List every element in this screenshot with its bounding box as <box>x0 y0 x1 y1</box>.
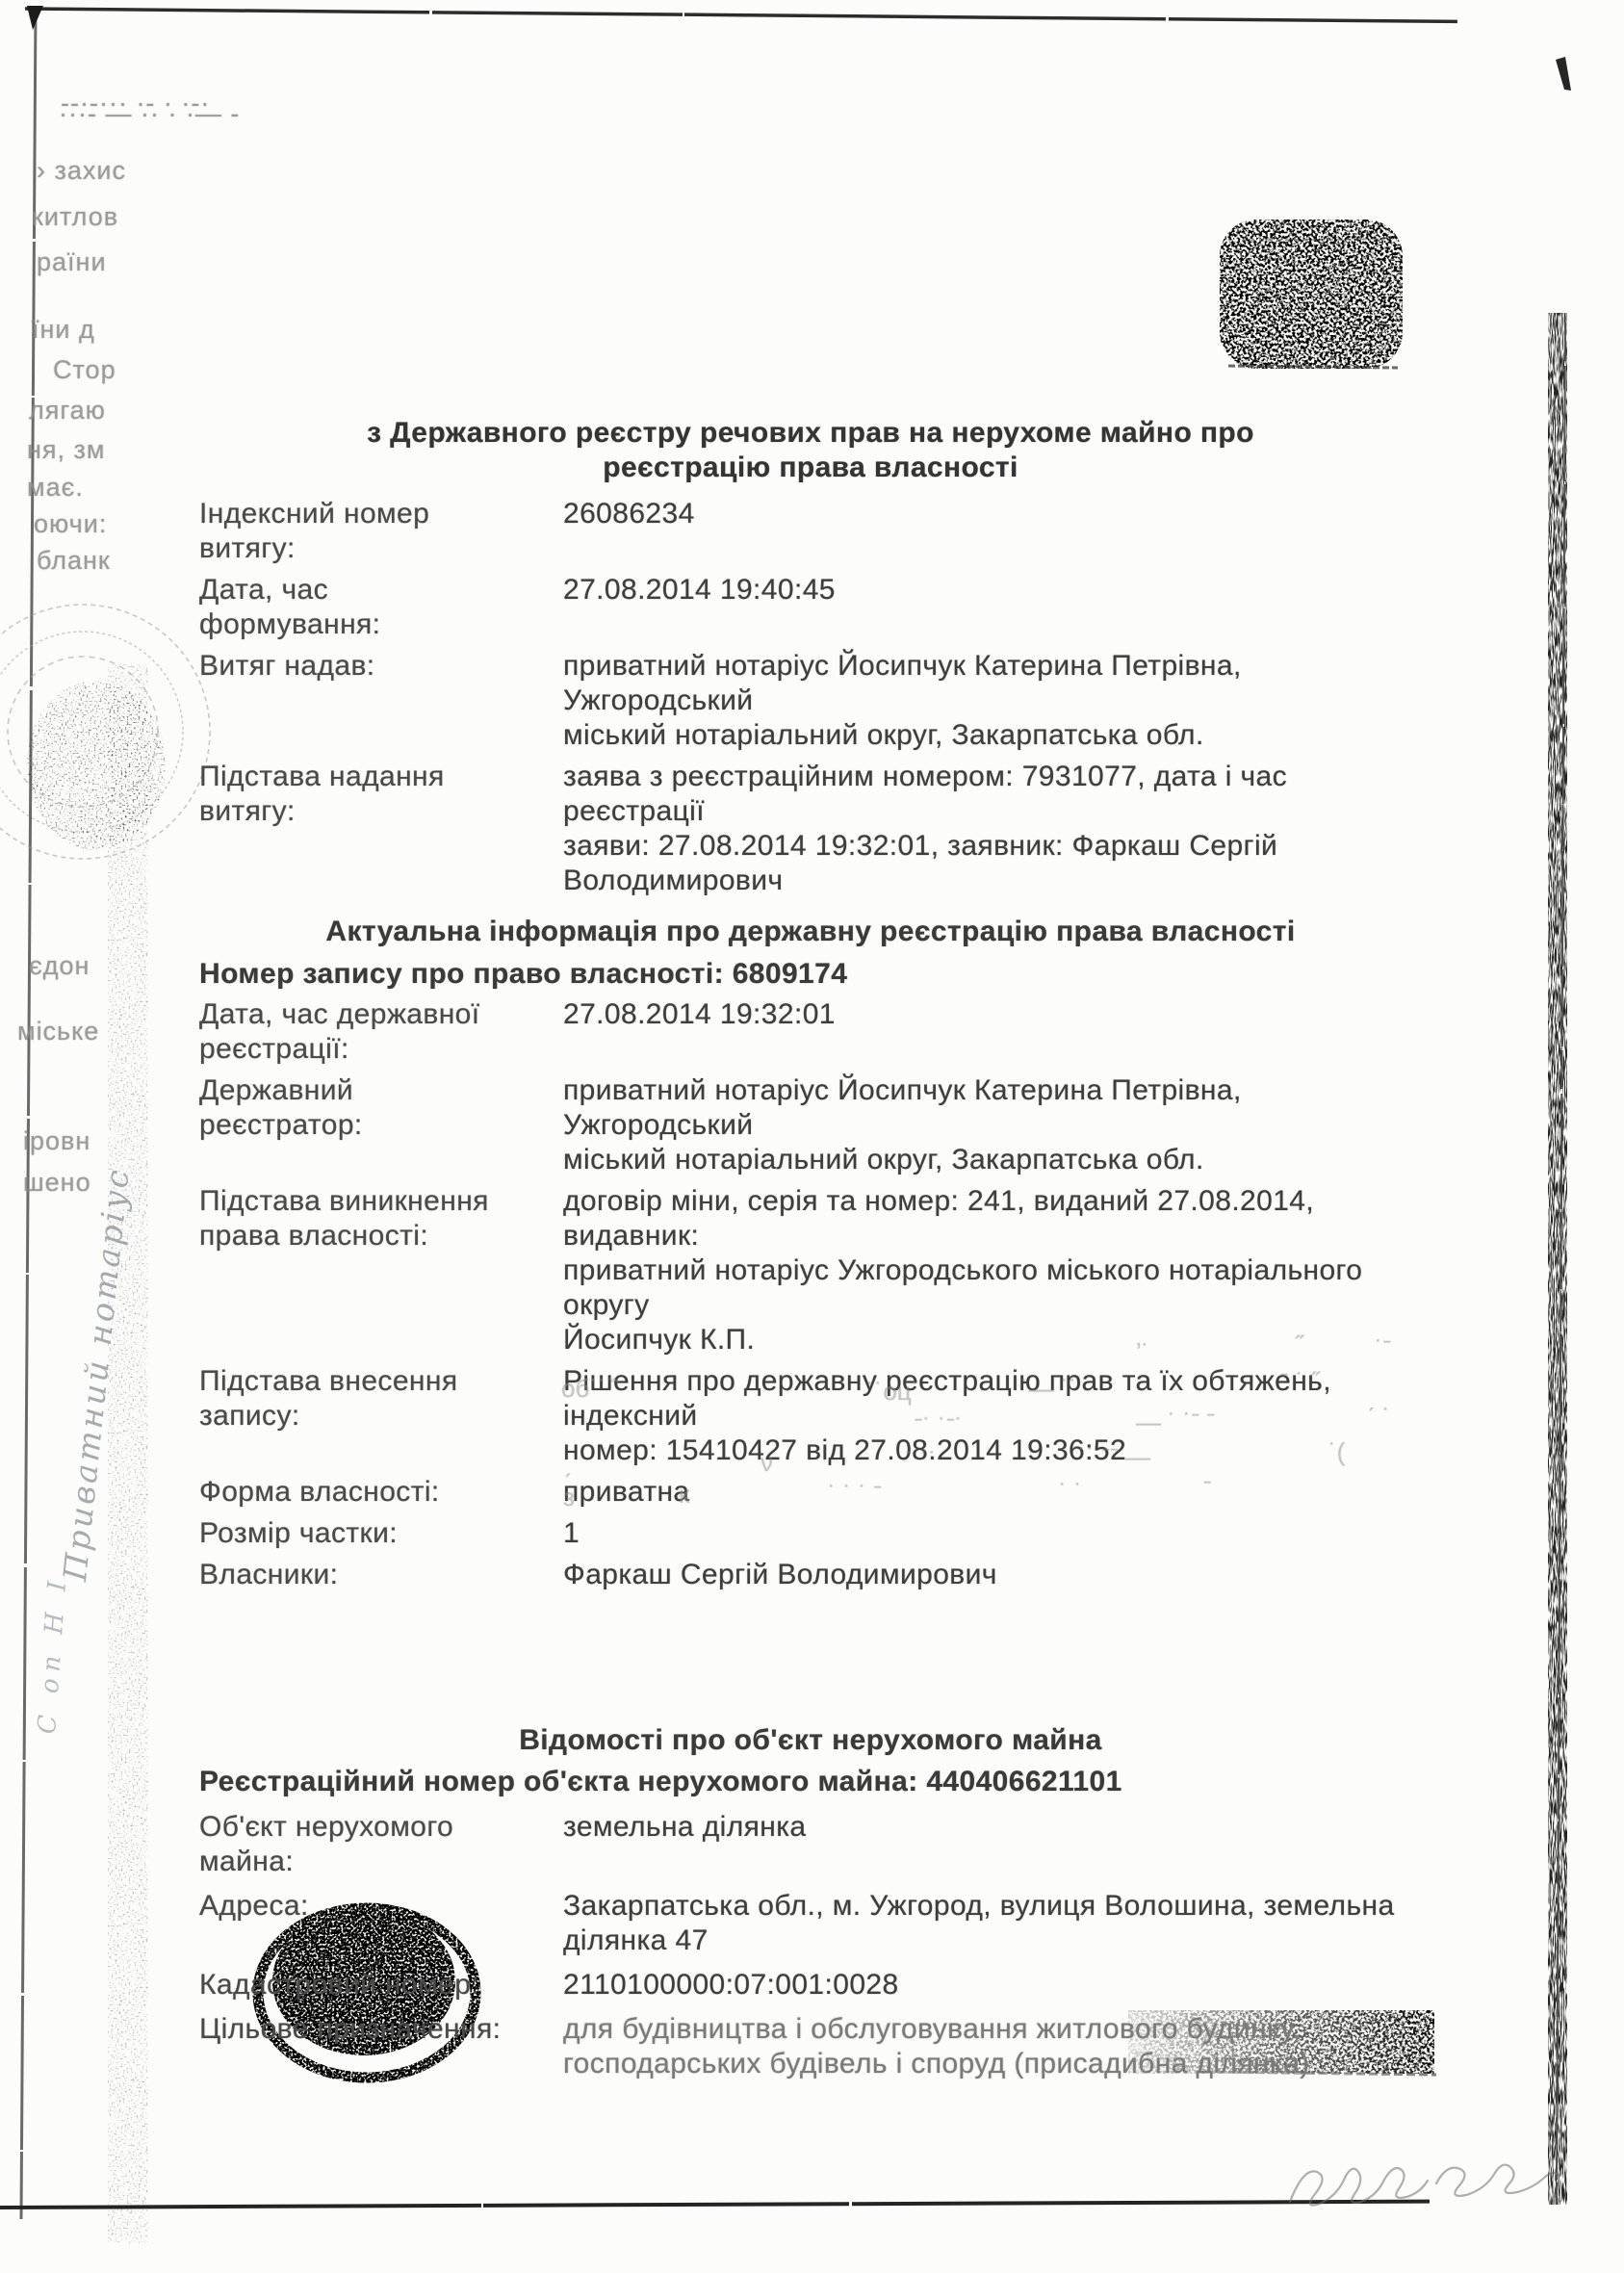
faded-mark: ˉ <box>1203 1475 1212 1505</box>
field-label: Кадастровий номер: <box>199 1968 563 2002</box>
faded-mark: ˙— ˙˙ <box>1020 1374 1077 1404</box>
faded-mark: к <box>679 1480 689 1510</box>
field-value: 1 <box>563 1516 1422 1551</box>
faded-mark: ˙˙ ˉˉ — <box>1078 1442 1150 1472</box>
field-value: приватний нотаріус Йосипчук Катерина Пет… <box>563 1073 1422 1177</box>
field-label: Дата, час формування: <box>199 573 563 642</box>
faded-mark: ˙ ˙˙ <box>905 1446 937 1476</box>
record-number-line: Номер запису про право власності: 680917… <box>199 957 1422 992</box>
faded-mark: об˙˙ ̏ <box>561 1374 613 1404</box>
field-label: Індексний номер витягу: <box>199 497 563 566</box>
scanned-document-page: › захискитловраїниїни дСторлягаюня, змма… <box>0 0 1624 2273</box>
bleed-fragment: бланк <box>37 546 111 576</box>
field-row: Підстава виникнення права власності: дог… <box>199 1184 1422 1357</box>
field-row: Цільове призначення: для будівництва і о… <box>199 2012 1422 2081</box>
field-value: Закарпатська обл., м. Ужгород, вулиця Во… <box>563 1889 1422 1958</box>
vertical-handwriting-fragment: С оп Н І <box>33 1573 73 1735</box>
field-value: для будівництва і обслуговування житлово… <box>563 2012 1422 2081</box>
faded-mark: — ˙ ˙ˉ ˉ <box>1136 1408 1215 1437</box>
field-row: Форма власності: приватна <box>199 1475 1422 1510</box>
field-row: Адреса: Закарпатська обл., м. Ужгород, в… <box>199 1889 1422 1958</box>
faded-mark: ˉ˙ ˙ˉ˙ <box>915 1412 964 1442</box>
field-row: Підстава надання витягу: заява з реєстра… <box>199 760 1422 898</box>
faded-mark: ˙ ˙ ˙ ˉ <box>828 1480 882 1510</box>
field-row-owners: Власники: Фаркаш Сергій Володимирович <box>199 1558 1422 1592</box>
field-value: Фаркаш Сергій Володимирович <box>563 1558 1422 1592</box>
tiny-mark: ···- — ·· · ·— - <box>59 99 240 129</box>
field-value: земельна ділянка <box>563 1810 1422 1879</box>
faded-mark: ˝ <box>1295 1330 1303 1360</box>
scan-edge-right-line <box>1557 323 1565 2205</box>
field-value: 2110100000:07:001:0028 <box>563 1968 1422 2002</box>
bleed-fragment: Стор <box>53 355 116 385</box>
paper-texture-band <box>108 664 148 2243</box>
vertical-handwriting: Приватний нотаріус <box>56 1165 137 1583</box>
section-heading-actual-info: Актуальна інформація про державну реєстр… <box>199 915 1422 949</box>
field-label: Адреса: <box>199 1889 563 1958</box>
faded-mark: ʼ˙ <box>1136 1338 1149 1368</box>
field-value: заява з реєстраційним номером: 7931077, … <box>563 760 1422 898</box>
bleed-fragment: › захис <box>37 156 126 186</box>
round-seal-bleed-texture <box>27 681 166 850</box>
faded-mark: ˊ ˙ <box>1367 1403 1391 1433</box>
field-label: Підстава внесення запису: <box>199 1364 563 1468</box>
faded-mark: ν <box>760 1448 773 1478</box>
signature-stroke <box>1290 2165 1560 2206</box>
field-label: Власники: <box>199 1558 563 1592</box>
field-value: приватна <box>563 1475 1422 1510</box>
field-value: 27.08.2014 19:32:01 <box>563 997 1422 1067</box>
bleed-fragment: має. <box>27 473 84 503</box>
field-label: Підстава надання витягу: <box>199 760 563 898</box>
field-label: Форма власності: <box>199 1475 563 1510</box>
bleed-fragment: шено <box>23 1168 91 1198</box>
registry-stamp-blob <box>1220 220 1403 369</box>
field-value: 27.08.2014 19:40:45 <box>563 573 1422 642</box>
field-row: Кадастровий номер: 2110100000:07:001:002… <box>199 1968 1422 2002</box>
scan-edge-right-band <box>1548 313 1567 2205</box>
object-registry-number-line: Реєстраційний номер об'єкта нерухомого м… <box>199 1765 1422 1799</box>
bleed-fragment: іровн <box>23 1126 90 1156</box>
field-row: Державний реєстратор: приватний нотаріус… <box>199 1073 1422 1177</box>
tick-mark <box>1556 57 1571 90</box>
document-content: з Державного реєстру речових прав на нер… <box>199 416 1422 2088</box>
scan-edge-bottom-line <box>0 2201 1584 2208</box>
bleed-fragment: оючи: <box>34 509 107 539</box>
bleed-fragment: ня, зм <box>27 435 105 465</box>
bleed-fragment: єдон <box>29 951 90 981</box>
field-label: Державний реєстратор: <box>199 1073 563 1177</box>
faded-mark: ˙ <box>626 1415 634 1445</box>
scan-edge-top-line <box>25 9 1624 23</box>
bleed-fragment: лягаю <box>29 396 106 426</box>
field-value: 26086234 <box>563 497 1422 566</box>
faded-mark: ˏ <box>563 1449 572 1479</box>
field-row: Витяг надав: приватний нотаріус Йосипчук… <box>199 649 1422 753</box>
faded-mark: ˙ˉ <box>1375 1334 1391 1364</box>
faded-mark: ˙ ˙ <box>1059 1478 1083 1508</box>
field-label: Цільове призначення: <box>199 2012 563 2081</box>
bleed-fragment: раїни <box>37 247 107 277</box>
field-row: Підстава внесення запису: Рішення про де… <box>199 1364 1422 1468</box>
faded-mark: ˙( <box>1328 1437 1345 1467</box>
field-label: Розмір частки: <box>199 1516 563 1551</box>
field-row: Індексний номер витягу: 26086234 <box>199 497 1422 566</box>
faded-mark: з <box>563 1483 575 1512</box>
bleed-fragment: китлов <box>32 202 118 232</box>
field-label: Витяг надав: <box>199 649 563 753</box>
field-value: договір міни, серія та номер: 241, видан… <box>563 1184 1422 1357</box>
corner-mark <box>27 6 43 30</box>
document-title: з Державного реєстру речових прав на нер… <box>199 416 1422 485</box>
field-label: Дата, час державної реєстрації: <box>199 997 563 1067</box>
faded-mark: ˉ ˙ ˝ <box>1280 1367 1319 1397</box>
bleed-fragment: міське <box>17 1017 99 1046</box>
field-label: Об'єкт нерухомого майна: <box>199 1810 563 1879</box>
field-row: Дата, час формування: 27.08.2014 19:40:4… <box>199 573 1422 642</box>
section-heading-object-info: Відомості про об'єкт нерухомого майна <box>199 1723 1422 1758</box>
field-value: приватний нотаріус Йосипчук Катерина Пет… <box>563 649 1422 753</box>
field-row: Розмір частки: 1 <box>199 1516 1422 1551</box>
field-label: Підстава виникнення права власності: <box>199 1184 563 1357</box>
round-seal-bleed <box>0 605 210 859</box>
bleed-fragment: їни д <box>32 315 95 345</box>
faded-mark: ˙˙оц˙ <box>866 1377 919 1407</box>
field-row: Дата, час державної реєстрації: 27.08.20… <box>199 997 1422 1067</box>
field-row: Об'єкт нерухомого майна: земельна ділянк… <box>199 1810 1422 1879</box>
